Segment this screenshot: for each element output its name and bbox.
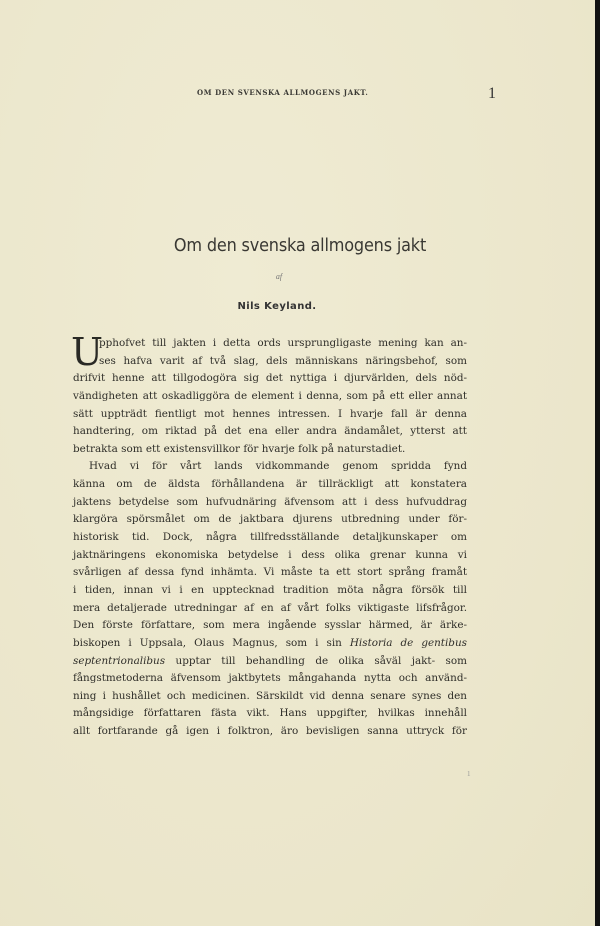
body-line: jaktens betydelse som hufvudnäring äfven… [73, 494, 467, 512]
body-line: Den förste författare, som mera ingående… [73, 617, 467, 635]
body-line: drifvit henne att tillgodogöra sig det n… [73, 370, 467, 388]
body-line: historisk tid. Dock, några tillfredsstäl… [73, 529, 467, 547]
body-line: ning i hushållet och medicinen. Särskild… [73, 688, 467, 706]
drop-cap: U [71, 337, 103, 367]
line-text: biskopen i Uppsala, Olaus Magnus, som i … [73, 637, 350, 649]
body-line: biskopen i Uppsala, Olaus Magnus, som i … [73, 635, 467, 653]
body-line: sätt uppträdt fientligt mot hennes intre… [73, 406, 467, 424]
body-line: fångstmetoderna äfvensom jaktbytets mång… [73, 670, 467, 688]
signature-mark: 1 [467, 770, 471, 778]
body-line: pphofvet till jakten i detta ords urspru… [73, 335, 467, 353]
body-line: vändigheten att oskadliggöra de element … [73, 388, 467, 406]
body-line: ses hafva varit af två slag, dels männis… [73, 353, 467, 371]
article-title: Om den svenska allmogens jakt [24, 236, 576, 256]
body-line: mångsidige författaren fästa vikt. Hans … [73, 705, 467, 723]
page-number: 1 [488, 85, 496, 103]
italic-book-title: septentrionalibus [73, 655, 165, 667]
scanned-page: OM DEN SVENSKA ALLMOGENS JAKT. 1 Om den … [0, 0, 595, 926]
scan-edge [595, 0, 600, 926]
line-text: upptar till behandling de olika såväl ja… [165, 655, 467, 667]
body-line: jaktnäringens ekonomiska betydelse i des… [73, 547, 467, 565]
body-line: Hvad vi för vårt lands vidkommande genom… [73, 458, 467, 476]
body-line: allt fortfarande gå igen i folktron, äro… [73, 723, 467, 741]
italic-book-title: Historia de gentibus [350, 637, 467, 649]
body-line: mera detaljerade utredningar af en af vå… [73, 600, 467, 618]
body-line: septentrionalibus upptar till behandling… [73, 653, 467, 671]
body-line: klargöra spörsmålet om de jaktbara djure… [73, 511, 467, 529]
body-line: betrakta som ett existensvillkor för hva… [73, 441, 467, 459]
author-name: Nils Keyland. [0, 301, 554, 312]
body-line: i tiden, innan vi i en upptecknad tradit… [73, 582, 467, 600]
body-line: handtering, om riktad på det ena eller a… [73, 423, 467, 441]
article-body: U pphofvet till jakten i detta ords ursp… [73, 335, 467, 741]
body-line: känna om de äldsta förhållandena är till… [73, 476, 467, 494]
body-line: svårligen af dessa fynd inhämta. Vi måst… [73, 564, 467, 582]
byline-prefix: af [0, 272, 558, 281]
running-head: OM DEN SVENSKA ALLMOGENS JAKT. [197, 88, 368, 97]
